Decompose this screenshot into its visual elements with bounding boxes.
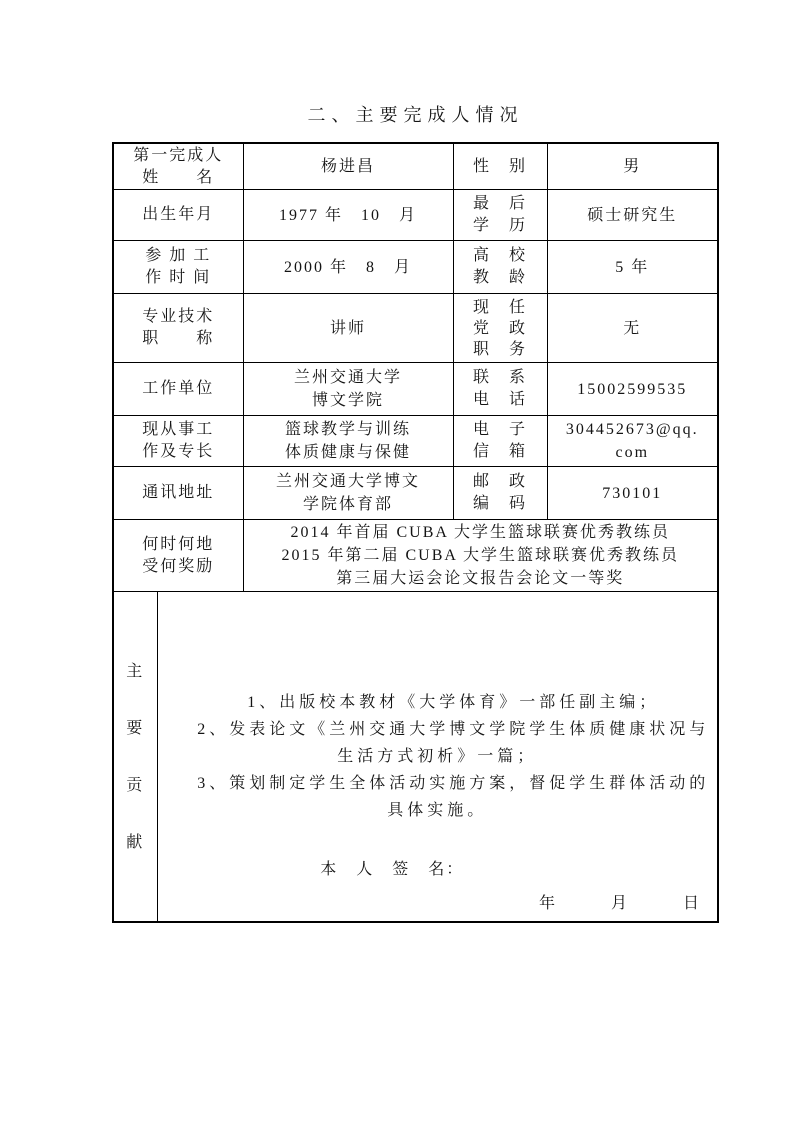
- value-party-position: 无: [547, 294, 718, 363]
- label-current-work-specialty: 现从事工 作及专长: [113, 416, 243, 467]
- field-label: 联 系 电 话: [473, 367, 527, 411]
- document-page: 二、主要完成人情况 第一完成人 姓 名 杨进昌 性 别 男 出生年月 1977 …: [0, 0, 794, 1123]
- label-professional-title: 专业技术 职 称: [113, 294, 243, 363]
- field-label: 最 后 学 历: [473, 193, 527, 237]
- table-row-address: 通讯地址 兰州交通大学博文 学院体育部 邮 政 编 码 730101: [113, 467, 718, 520]
- label-birthdate: 出生年月: [113, 190, 243, 241]
- field-value: 无: [623, 317, 641, 340]
- table-row-name: 第一完成人 姓 名 杨进昌 性 别 男: [113, 143, 718, 190]
- contribution-item-2: 2、发表论文《兰州交通大学博文学院学生体质健康状况与生活方式初析》一篇；: [158, 716, 718, 770]
- table-row-awards: 何时何地 受何奖励 2014 年首届 CUBA 大学生篮球联赛优秀教练员 201…: [113, 520, 718, 592]
- field-label: 高 校 教 龄: [473, 245, 527, 289]
- field-label: 参 加 工 作 时 间: [145, 245, 211, 289]
- field-label: 专业技术 职 称: [142, 306, 214, 350]
- field-label: 工作单位: [142, 378, 214, 400]
- field-value: 2000 年 8 月: [284, 256, 412, 279]
- value-awards: 2014 年首届 CUBA 大学生篮球联赛优秀教练员 2015 年第二届 CUB…: [243, 520, 718, 592]
- field-value: 15002599535: [577, 378, 687, 401]
- value-phone: 15002599535: [547, 363, 718, 416]
- label-employer: 工作单位: [113, 363, 243, 416]
- value-postal-code: 730101: [547, 467, 718, 520]
- field-value: 杨进昌: [321, 155, 375, 178]
- contribution-item-3: 3、策划制定学生全体活动实施方案，督促学生群体活动的具体实施。: [158, 770, 718, 824]
- field-value: 兰州交通大学博文 学院体育部: [276, 470, 420, 516]
- value-name: 杨进昌: [243, 143, 453, 190]
- value-teaching-age: 5 年: [547, 241, 718, 294]
- table-row-work-start: 参 加 工 作 时 间 2000 年 8 月 高 校 教 龄 5 年: [113, 241, 718, 294]
- field-label: 出生年月: [142, 204, 214, 226]
- label-main-contributions: 主 要 贡 献: [113, 592, 157, 923]
- label-work-start: 参 加 工 作 时 间: [113, 241, 243, 294]
- field-label: 现从事工 作及专长: [142, 419, 214, 463]
- label-awards: 何时何地 受何奖励: [113, 520, 243, 592]
- field-value: 5 年: [615, 256, 649, 279]
- table-row-contributions: 主 要 贡 献 1、出版校本教材《大学体育》一部任副主编； 2、发表论文《兰州交…: [113, 592, 718, 923]
- table-row-title: 专业技术 职 称 讲师 现 任 党 政 职 务 无: [113, 294, 718, 363]
- label-first-completer-name: 第一完成人 姓 名: [113, 143, 243, 190]
- field-value: 兰州交通大学 博文学院: [294, 366, 402, 412]
- page-title: 二、主要完成人情况: [113, 101, 718, 127]
- field-value: 304452673@qq. com: [566, 418, 699, 464]
- contributions-content: 1、出版校本教材《大学体育》一部任副主编； 2、发表论文《兰州交通大学博文学院学…: [157, 592, 718, 923]
- value-birthdate: 1977 年 10 月: [243, 190, 453, 241]
- awards-list: 2014 年首届 CUBA 大学生篮球联赛优秀教练员 2015 年第二届 CUB…: [281, 521, 679, 590]
- table-row-birthdate: 出生年月 1977 年 10 月 最 后 学 历 硕士研究生: [113, 190, 718, 241]
- label-final-education: 最 后 学 历: [453, 190, 547, 241]
- label-postal-code: 邮 政 编 码: [453, 467, 547, 520]
- value-gender: 男: [547, 143, 718, 190]
- value-professional-title: 讲师: [243, 294, 453, 363]
- field-label: 第一完成人 姓 名: [133, 145, 223, 189]
- field-value: 硕士研究生: [587, 204, 677, 227]
- field-label: 何时何地 受何奖励: [142, 534, 214, 578]
- label-phone: 联 系 电 话: [453, 363, 547, 416]
- value-mailing-address: 兰州交通大学博文 学院体育部: [243, 467, 453, 520]
- field-label: 通讯地址: [142, 482, 214, 504]
- field-value: 篮球教学与训练 体质健康与保健: [285, 418, 411, 464]
- label-party-position: 现 任 党 政 职 务: [453, 294, 547, 363]
- field-value: 男: [623, 155, 641, 178]
- table-row-employer: 工作单位 兰州交通大学 博文学院 联 系 电 话 15002599535: [113, 363, 718, 416]
- label-teaching-age: 高 校 教 龄: [453, 241, 547, 294]
- field-value: 讲师: [330, 317, 366, 340]
- contribution-item-1: 1、出版校本教材《大学体育》一部任副主编；: [158, 689, 718, 716]
- table-row-specialty: 现从事工 作及专长 篮球教学与训练 体质健康与保健 电 子 信 箱 304452…: [113, 416, 718, 467]
- value-work-start: 2000 年 8 月: [243, 241, 453, 294]
- value-email: 304452673@qq. com: [547, 416, 718, 467]
- person-info-table: 第一完成人 姓 名 杨进昌 性 别 男 出生年月 1977 年 10 月 最 后…: [112, 142, 719, 923]
- label-gender: 性 别: [453, 143, 547, 190]
- field-label: 性 别: [473, 156, 527, 178]
- vertical-label: 主 要 贡 献: [126, 643, 144, 871]
- field-value: 730101: [602, 482, 662, 505]
- date-line: 年 月 日: [539, 890, 701, 913]
- value-current-work-specialty: 篮球教学与训练 体质健康与保健: [243, 416, 453, 467]
- field-label: 现 任 党 政 职 务: [473, 297, 527, 360]
- field-label: 电 子 信 箱: [473, 419, 527, 463]
- label-mailing-address: 通讯地址: [113, 467, 243, 520]
- value-final-education: 硕士研究生: [547, 190, 718, 241]
- signature-label: 本 人 签 名：: [158, 856, 718, 879]
- field-label: 邮 政 编 码: [473, 471, 527, 515]
- field-value: 1977 年 10 月: [279, 204, 417, 227]
- label-email: 电 子 信 箱: [453, 416, 547, 467]
- value-employer: 兰州交通大学 博文学院: [243, 363, 453, 416]
